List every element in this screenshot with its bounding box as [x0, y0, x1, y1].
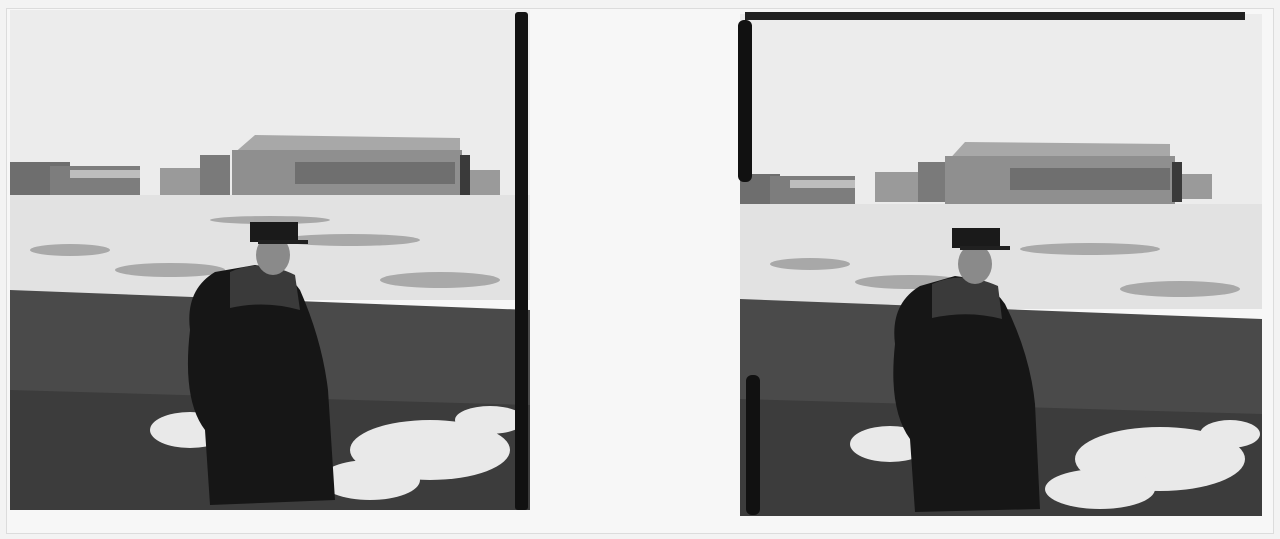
stereo-panel-right	[740, 14, 1262, 516]
scene-right	[740, 14, 1262, 516]
plate-edge-right-upper	[738, 20, 752, 182]
plate-edge-right-lower	[746, 375, 760, 515]
stereo-panel-left	[10, 10, 530, 510]
plate-edge-left	[515, 12, 528, 510]
scene-left	[10, 10, 530, 510]
plate-edge-right-top	[745, 12, 1245, 20]
